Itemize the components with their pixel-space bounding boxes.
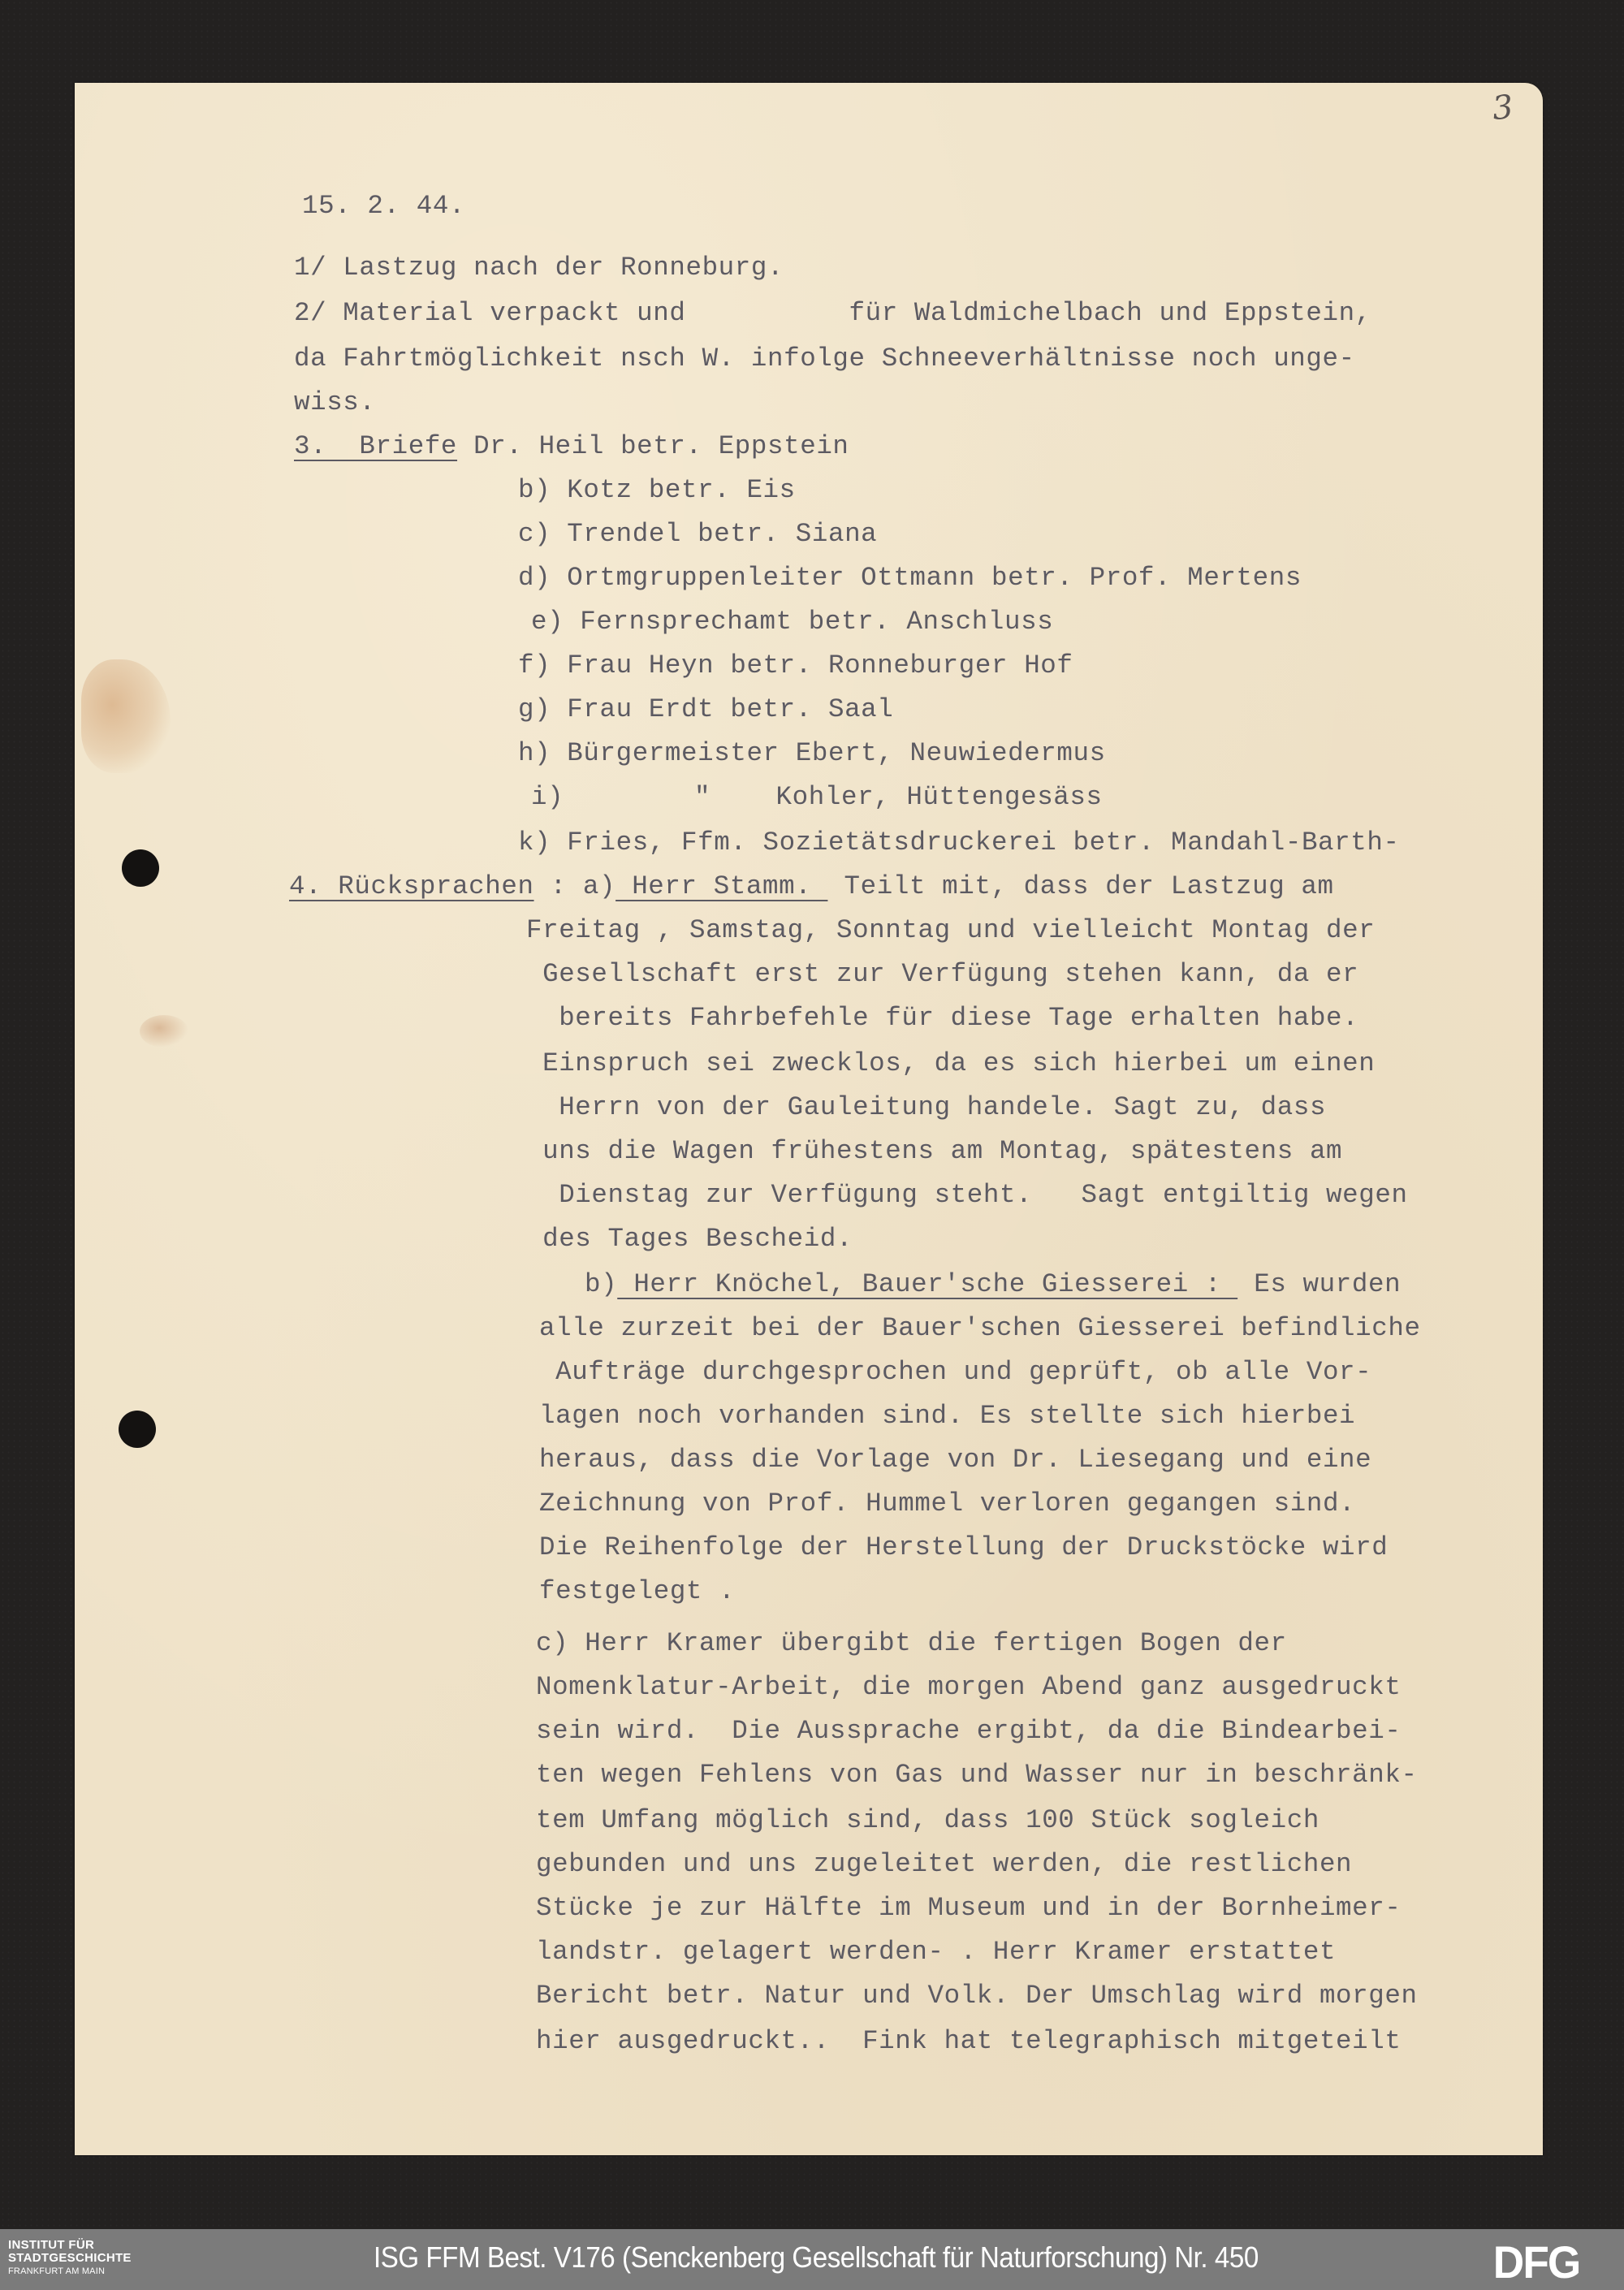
item-2-line-1: 2/ Material verpackt und für Waldmichelb… (294, 297, 1371, 330)
item-4b-name: Herr Knöchel, Bauer'sche Giesserei : (617, 1269, 1237, 1299)
item-4b-label: b) (585, 1269, 617, 1299)
item-3-first-line: 3. Briefe Dr. Heil betr. Eppstein (294, 430, 849, 463)
item-3-heading: 3. Briefe (294, 431, 457, 461)
item-4b-line-3: lagen noch vorhanden sind. Es stellte si… (539, 1400, 1355, 1432)
item-4a-line-7: Dienstag zur Verfügung steht. Sagt entgi… (526, 1179, 1408, 1212)
item-4b-line-2: Aufträge durchgesprochen und geprüft, ob… (539, 1356, 1371, 1389)
institute-logo: INSTITUT FÜR STADTGESCHICHTE FRANKFURT A… (8, 2239, 132, 2278)
letter-e: e) Fernsprechamt betr. Anschluss (531, 606, 1053, 638)
archive-citation: ISG FFM Best. V176 (Senckenberg Gesellsc… (374, 2240, 1259, 2275)
item-4c-line-9: hier ausgedruckt.. Fink hat telegraphisc… (536, 2025, 1401, 2058)
item-4b-first-line: b) Herr Knöchel, Bauer'sche Giesserei : … (585, 1268, 1401, 1301)
item-4a-line-4: Einspruch sei zwecklos, da es sich hierb… (526, 1048, 1375, 1080)
item-4b-line-1: alle zurzeit bei der Bauer'schen Giesser… (539, 1312, 1421, 1345)
institute-name-line-1: INSTITUT FÜR (8, 2239, 132, 2252)
institute-name-line-2: STADTGESCHICHTE (8, 2252, 132, 2265)
item-4c-line-6: Stücke je zur Hälfte im Museum und in de… (536, 1892, 1401, 1925)
letter-i: i) " Kohler, Hüttengesäss (531, 781, 1103, 814)
item-4a-line-2: Gesellschaft erst zur Verfügung stehen k… (526, 958, 1358, 991)
item-4a-line-1: Freitag , Samstag, Sonntag und vielleich… (526, 914, 1375, 947)
dfg-logo: DFG (1493, 2236, 1580, 2288)
item-4b-line-5: Zeichnung von Prof. Hummel verloren gega… (539, 1488, 1355, 1520)
item-4b-line-7: festgelegt . (539, 1575, 735, 1608)
item-1: 1/ Lastzug nach der Ronneburg. (294, 252, 784, 284)
item-2-line-3: wiss. (294, 387, 376, 419)
document-date: 15. 2. 44. (302, 190, 465, 223)
item-4c-line-3: ten wegen Fehlens von Gas und Wasser nur… (536, 1759, 1418, 1791)
letter-g: g) Frau Erdt betr. Saal (518, 693, 893, 726)
item-4c-line-8: Bericht betr. Natur und Volk. Der Umschl… (536, 1980, 1418, 2012)
item-4-a-text: Teilt mit, dass der Lastzug am (827, 871, 1333, 901)
item-2-line-2: da Fahrtmöglichkeit nsch W. infolge Schn… (294, 343, 1355, 375)
letter-c: c) Trendel betr. Siana (518, 518, 877, 551)
item-4c-line-1: Nomenklatur-Arbeit, die morgen Abend gan… (536, 1671, 1401, 1704)
item-4-first-line: 4. Rücksprachen : a) Herr Stamm. Teilt m… (289, 871, 1334, 903)
item-4-a-name: Herr Stamm. (615, 871, 827, 901)
punch-hole-top (122, 849, 159, 887)
paper-stain-small (140, 1015, 188, 1048)
item-4a-line-5: Herrn von der Gauleitung handele. Sagt z… (526, 1091, 1326, 1124)
letter-d: d) Ortmgruppenleiter Ottmann betr. Prof.… (518, 562, 1302, 594)
item-4a-line-6: uns die Wagen frühestens am Montag, spät… (526, 1135, 1342, 1168)
punch-hole-bottom (119, 1411, 156, 1448)
item-4c-line-4: tem Umfang möglich sind, dass 100 Stück … (536, 1804, 1319, 1837)
item-4c-first-line: c) Herr Kramer übergibt die fertigen Bog… (536, 1627, 1287, 1660)
letter-a: Dr. Heil betr. Eppstein (457, 431, 849, 461)
letter-h: h) Bürgermeister Ebert, Neuwiedermus (518, 737, 1106, 770)
item-4c-line-5: gebunden und uns zugeleitet werden, die … (536, 1848, 1352, 1881)
letter-k: k) Fries, Ffm. Sozietätsdruckerei betr. … (518, 827, 1400, 859)
item-4-heading: 4. Rücksprachen (289, 871, 534, 901)
item-4a-line-8: des Tages Bescheid. (526, 1223, 853, 1255)
item-4-a-label: : a) (534, 871, 616, 901)
item-4b-text: Es wurden (1237, 1269, 1401, 1299)
item-4b-line-4: heraus, dass die Vorlage von Dr. Liesega… (539, 1444, 1371, 1476)
item-4a-line-3: bereits Fahrbefehle für diese Tage erhal… (526, 1002, 1358, 1035)
letter-f: f) Frau Heyn betr. Ronneburger Hof (518, 650, 1073, 682)
item-4c-line-2: sein wird. Die Aussprache ergibt, da die… (536, 1715, 1401, 1748)
item-4c-line-7: landstr. gelagert werden- . Herr Kramer … (536, 1936, 1336, 1968)
handwritten-page-number: 3 (1491, 89, 1515, 127)
letter-b: b) Kotz betr. Eis (518, 474, 796, 507)
institute-location: FRANKFURT AM MAIN (8, 2265, 132, 2278)
archive-footer-bar: INSTITUT FÜR STADTGESCHICHTE FRANKFURT A… (0, 2229, 1624, 2290)
item-4b-line-6: Die Reihenfolge der Herstellung der Druc… (539, 1532, 1388, 1564)
